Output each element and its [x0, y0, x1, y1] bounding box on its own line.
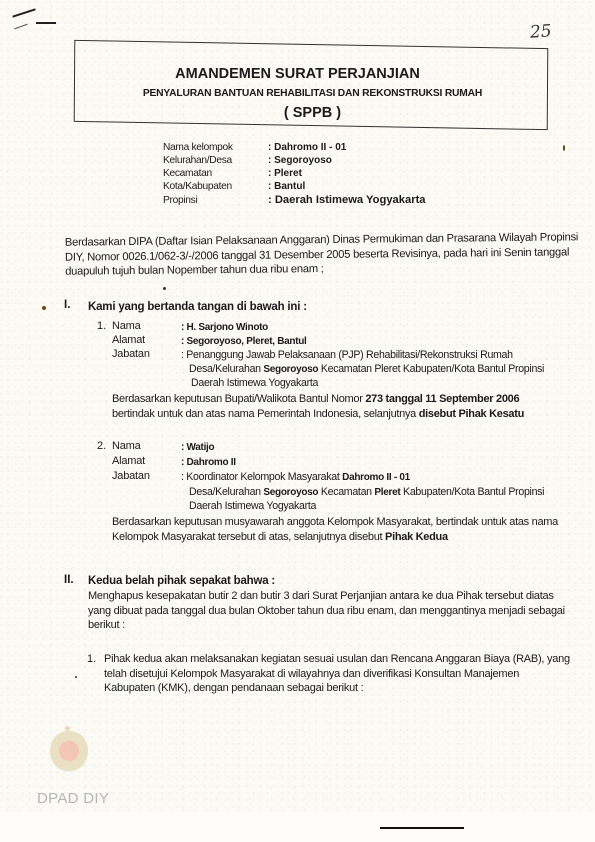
section-number: II.	[64, 574, 74, 586]
text-line: yang dibuat pada tanggal dua bulan Oktob…	[88, 604, 565, 619]
info-row: Propinsi: Daerah Istimewa Yogyakarta	[163, 194, 426, 206]
text-span: Kecamatan Pleret Kabupaten/Kota Bantul P…	[318, 363, 544, 375]
watermark-text: DPAD DIY	[37, 790, 109, 807]
text-span: bertindak untuk dan atas nama Pemerintah…	[112, 408, 419, 420]
basis-line: Kelompok Masyarakat tersebut di atas, se…	[112, 531, 448, 543]
field-value: Daerah Istimewa Yogyakarta	[191, 377, 318, 389]
text-line: telah disetujui Kelompok Masyarakat di w…	[104, 667, 570, 682]
party-number: 2.	[97, 440, 106, 452]
party-number: 1.	[97, 320, 106, 332]
field-value: Desa/Kelurahan Segoroyoso Kecamatan Pler…	[189, 363, 544, 375]
text-span: Pleret	[374, 487, 400, 498]
field-label: Jabatan	[112, 470, 150, 482]
text-line: Kabupaten (KMK), dengan pendanaan sebaga…	[104, 681, 570, 696]
info-label: Kecamatan	[163, 168, 268, 179]
section-number: I.	[64, 299, 70, 311]
text-span: Kecamatan	[318, 486, 374, 498]
pen-mark	[36, 22, 56, 24]
info-row: Kelurahan/Desa: Segoroyoso	[163, 155, 332, 166]
field-value: : Segoroyoso, Pleret, Bantul	[181, 336, 307, 347]
info-label: Kelurahan/Desa	[163, 155, 268, 166]
info-value: : Bantul	[268, 181, 305, 192]
basis-line: bertindak untuk dan atas nama Pemerintah…	[112, 408, 524, 420]
field-label: Nama	[112, 320, 141, 332]
coat-of-arms-seal-icon	[50, 730, 88, 772]
document-title: AMANDEMEN SURAT PERJANJIAN	[0, 66, 595, 82]
scan-speck	[563, 145, 565, 151]
info-row: Kota/Kabupaten: Bantul	[163, 181, 305, 192]
text-line: berikut :	[88, 618, 565, 633]
field-value: Daerah Istimewa Yogyakarta	[189, 500, 316, 512]
info-row: Kecamatan: Pleret	[163, 168, 302, 179]
text-span: : Koordinator Kelompok Masyarakat	[181, 471, 342, 483]
field-label: Jabatan	[112, 348, 150, 360]
field-label: Nama	[112, 440, 141, 452]
info-label: Nama kelompok	[163, 142, 268, 153]
field-value: : Watijo	[181, 442, 214, 453]
info-value: : Pleret	[268, 168, 302, 179]
text-line: Menghapus kesepakatan butir 2 dan butir …	[88, 589, 565, 604]
intro-paragraph: Berdasarkan DIPA (Daftar Isian Pelaksana…	[65, 230, 579, 279]
section-heading: Kedua belah pihak sepakat bahwa :	[88, 575, 275, 587]
field-value: : Koordinator Kelompok Masyarakat Dahrom…	[181, 471, 410, 483]
text-span: Desa/Kelurahan	[189, 363, 263, 375]
text-span: Kabupaten/Kota Bantul Propinsi	[400, 486, 544, 498]
text-line: Pihak kedua akan melaksanakan kegiatan s…	[104, 652, 570, 667]
field-value: : H. Sarjono Winoto	[181, 322, 268, 333]
info-label: Kota/Kabupaten	[163, 181, 268, 192]
text-span: Desa/Kelurahan	[189, 486, 263, 498]
info-value: : Dahromo II - 01	[268, 142, 346, 153]
scan-speck	[163, 287, 166, 290]
field-label: Alamat	[112, 455, 145, 467]
section-heading: Kami yang bertanda tangan di bawah ini :	[88, 301, 307, 313]
info-value: : Daerah Istimewa Yogyakarta	[268, 194, 426, 206]
text-span: Dahromo II - 01	[342, 472, 410, 483]
text-span: Kelompok Masyarakat tersebut di atas, se…	[112, 531, 385, 543]
info-row: Nama kelompok: Dahromo II - 01	[163, 142, 346, 153]
scan-speck	[42, 306, 46, 310]
section2-paragraph: Menghapus kesepakatan butir 2 dan butir …	[88, 589, 565, 633]
text-span: disebut Pihak Kesatu	[419, 408, 524, 420]
text-span: Segoroyoso	[263, 364, 318, 375]
scan-speck	[75, 676, 77, 678]
field-label: Alamat	[112, 334, 145, 346]
info-value: : Segoroyoso	[268, 155, 332, 166]
text-span: 273 tanggal 11 September 2006	[365, 393, 519, 405]
info-label: Propinsi	[163, 195, 268, 206]
text-span: Pihak Kedua	[385, 531, 448, 543]
handwritten-page-number: 25	[529, 21, 552, 42]
text-span: Segoroyoso	[263, 487, 318, 498]
document-subtitle: PENYALURAN BANTUAN REHABILITASI DAN REKO…	[0, 88, 595, 99]
document-acronym: ( SPPB )	[0, 105, 595, 121]
field-value: Desa/Kelurahan Segoroyoso Kecamatan Pler…	[189, 486, 544, 498]
field-value: : Penanggung Jawab Pelaksanaan (PJP) Reh…	[181, 349, 513, 361]
text-span: Berdasarkan keputusan Bupati/Walikota Ba…	[112, 393, 365, 405]
basis-line: Berdasarkan keputusan Bupati/Walikota Ba…	[112, 393, 519, 405]
list-item: Pihak kedua akan melaksanakan kegiatan s…	[104, 652, 570, 696]
field-value: : Dahromo II	[181, 457, 236, 468]
basis-line: Berdasarkan keputusan musyawarah anggota…	[112, 516, 558, 528]
list-item-number: 1.	[87, 653, 96, 665]
footer-rule	[380, 827, 464, 829]
